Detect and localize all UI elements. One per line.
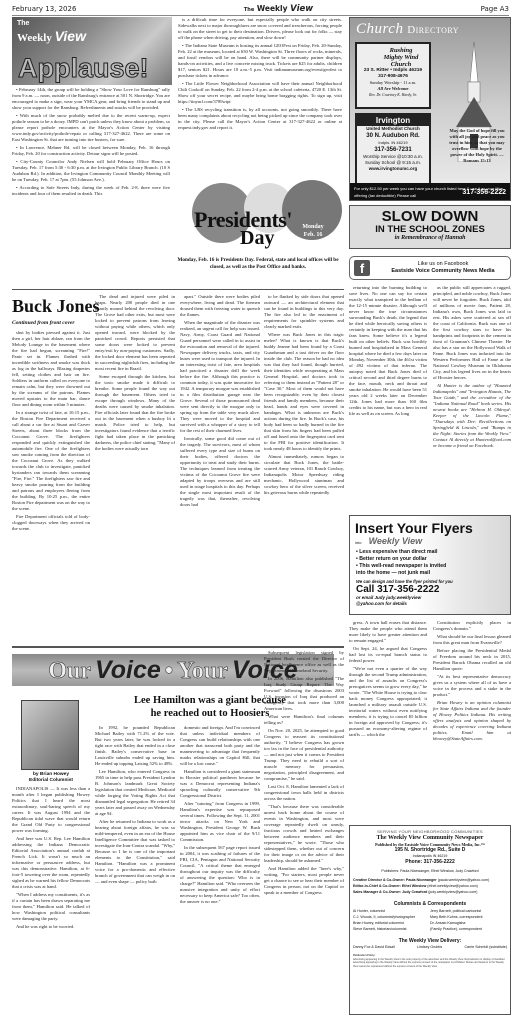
applause-banner: The Weekly View Applause! <box>12 17 172 85</box>
flyer-phone: Call 317-356-2222 <box>350 584 510 595</box>
columnists-list: Al Hunter, columnistJerry Barnett, polit… <box>353 908 507 932</box>
presidents-day-caption: Monday, Feb. 16 is Presidents Day. Feder… <box>176 257 340 271</box>
church-directory-ad: Church Directory Rushing Mighty Wind Chu… <box>349 17 511 201</box>
slow-down-notice: SLOW DOWN IN THE SCHOOL ZONES in Remembr… <box>349 205 511 249</box>
publication-name: The Weekly View <box>244 4 313 14</box>
publication-policy: Publication Policy:Advertising appearing… <box>353 954 507 968</box>
staff-row: Sales Manager & Co-Owner: Judy Crawford … <box>353 889 507 895</box>
buck-jones-col-4: to be flanked by side doors that opened … <box>264 294 344 642</box>
opinion-col-6: Constitution explicitly places in Congre… <box>433 620 511 820</box>
opinion-col-3: domestic and foreign. And I'm convinced … <box>180 725 260 1017</box>
church-directory-footer: For only $12.50 per week you can have yo… <box>350 183 510 200</box>
buck-jones-col-5: returning into the burning building to s… <box>349 285 427 513</box>
bible-verse: May the God of hope fill you with all jo… <box>447 128 507 164</box>
opinion-col-1: INDIANAPOLIS — It was less than a month … <box>12 786 90 1016</box>
newspaper-masthead: SERVING YOUR NEIGHBORHOOD COMMUNITIES Th… <box>349 825 511 1015</box>
buck-jones-continued: Continued from front cover <box>12 320 75 326</box>
columnist-photo <box>21 700 79 770</box>
running-header: February 13, 2026 The Weekly View Page A… <box>12 2 509 16</box>
buck-jones-col-3: apart." Outside there were bodies piled … <box>180 294 260 642</box>
flyer-benefits-list: • Less expensive than direct mail • Bett… <box>350 546 510 577</box>
buck-jones-col-6: as the public still appreciates a rugged… <box>433 285 511 513</box>
buck-jones-col-1: shut by bodies pressed against it. Just … <box>12 330 90 642</box>
banner-the: The <box>17 20 29 27</box>
opinion-col-5: gress. A town hall erases that distance.… <box>349 620 427 820</box>
issue-date: February 13, 2026 <box>12 5 76 13</box>
irvington-umc-listing: Irvington United Methodist Church 30 N. … <box>355 113 431 185</box>
banner-weekly-view: Weekly View <box>17 28 86 44</box>
insert-flyers-ad: Insert Your Flyers into Weekly View • Le… <box>349 515 511 615</box>
presidents-day-graphic: Presidents' Day MondayFeb. 16 <box>172 175 344 255</box>
page-number: Page A3 <box>481 5 509 13</box>
facebook-banner[interactable]: f Like us on FacebookEastside Voice Comm… <box>349 256 511 280</box>
opinion-col-4: Subsequent legislation signed by Preside… <box>264 650 344 1017</box>
delivery-list: Danny Fox & David EdsallLindsey GrubbsCa… <box>353 945 507 950</box>
presidents-day-date-badge: MondayFeb. 16 <box>288 223 338 239</box>
church-directory-title: Church Directory <box>356 21 459 38</box>
opinion-col-2: In 1992, he pounded Republican Michael B… <box>95 725 175 1017</box>
section-divider <box>12 289 344 290</box>
applause-column-1: • February 14th, the group will be holdi… <box>12 87 170 199</box>
section-divider <box>12 646 344 648</box>
applause-column-2: is a difficult time for everyone, but es… <box>178 17 342 133</box>
rushing-mighty-wind-listing: Rushing Mighty Wind Church 23 S. Ritter … <box>355 42 431 109</box>
columnist-byline: by Brian HoweyEditorial Columnist <box>12 772 90 784</box>
buck-jones-col-2: The dead and injured were piled in heaps… <box>95 294 175 642</box>
weekly-view-logo: into Weekly View <box>350 536 510 546</box>
banner-applause-title: Applause! <box>18 53 149 84</box>
facebook-icon: f <box>354 260 370 276</box>
buck-jones-headline: Buck Jones <box>12 296 100 317</box>
